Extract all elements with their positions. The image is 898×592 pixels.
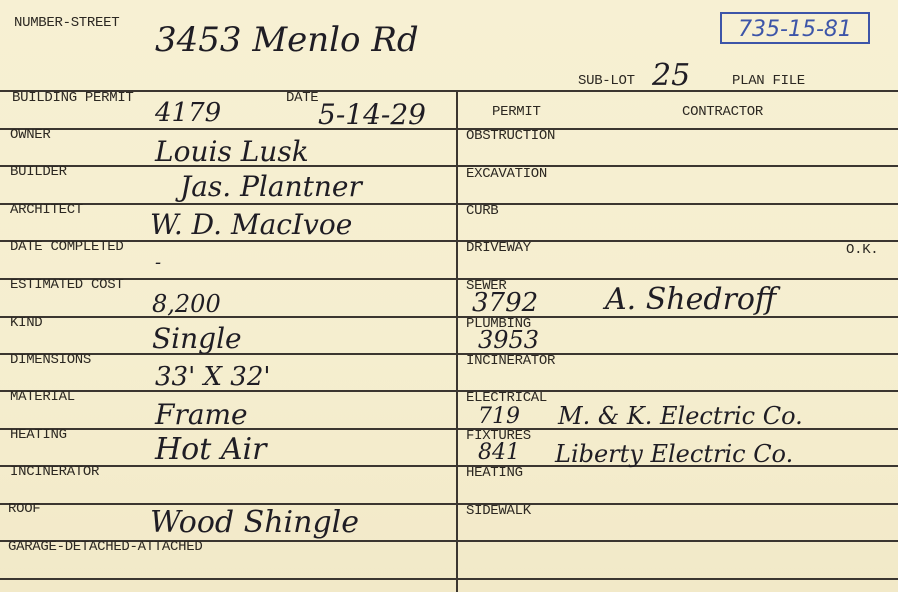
permit-column-header: PERMIT [492,104,541,120]
rule-line [0,578,898,580]
heating-label: HEATING [10,427,67,443]
rule-line [0,503,898,505]
permit-card: NUMBER-STREET 3453 Menlo Rd 735-15-81 SU… [0,0,898,592]
estimated-cost-label: ESTIMATED COST [10,277,123,293]
sidewalk-label: SIDEWALK [466,503,531,519]
builder-label: BUILDER [10,164,67,180]
contractor-column-header: CONTRACTOR [682,104,763,120]
plan-file-label: PLAN FILE [732,73,805,89]
owner-value: Louis Lusk [155,135,309,168]
sewer-contractor: A. Shedroff [605,282,776,317]
sewer-permit: 3792 [472,288,538,318]
incinerator-label: INCINERATOR [10,464,99,480]
sub-lot-value: 25 [652,58,690,93]
building-permit-value: 4179 [155,98,221,128]
roof-value: Wood Shingle [150,505,359,540]
builder-value: Jas. Plantner [180,170,362,203]
material-value: Frame [155,398,248,431]
obstruction-label: OBSTRUCTION [466,128,555,144]
rule-line [0,128,898,130]
architect-value: W. D. MacIvoe [150,208,352,241]
owner-label: OWNER [10,127,51,143]
rule-line [0,165,898,167]
dimensions-label: DIMENSIONS [10,352,91,368]
rule-line [0,203,898,205]
building-permit-label: BUILDING PERMIT [12,90,134,106]
rule-line [0,90,898,92]
rule-line [0,390,898,392]
rule-line [0,353,898,355]
date-label: DATE [286,90,318,106]
incinerator-permit-label: INCINERATOR [466,353,555,369]
driveway-label: DRIVEWAY [466,240,531,256]
architect-label: ARCHITECT [10,202,83,218]
driveway-status: O.K. [846,242,878,258]
number-street-value: 3453 Menlo Rd [155,20,419,60]
roof-label: ROOF [8,501,40,517]
estimated-cost-value: 8,200 [152,290,221,318]
fixtures-contractor: Liberty Electric Co. [555,440,793,468]
curb-label: CURB [466,203,498,219]
heating-value: Hot Air [155,432,266,467]
kind-value: Single [152,322,242,355]
column-divider [456,90,458,592]
date-value: 5-14-29 [318,98,426,131]
electrical-permit: 719 [478,404,520,429]
date-completed-label: DATE COMPLETED [10,239,123,255]
dimensions-value: 33' X 32' [155,362,271,392]
kind-label: KIND [10,315,42,331]
number-street-label: NUMBER-STREET [14,15,119,31]
rule-line [0,240,898,242]
electrical-contractor: M. & K. Electric Co. [558,402,803,430]
date-completed-value: - [155,252,161,273]
fixtures-permit: 841 [478,440,520,465]
sub-lot-label: SUB-LOT [578,73,635,89]
material-label: MATERIAL [10,389,75,405]
card-number-stamp: 735-15-81 [720,12,870,44]
rule-line [0,278,898,280]
garage-label: GARAGE-DETACHED-ATTACHED [8,539,202,555]
heating-permit-label: HEATING [466,465,523,481]
excavation-label: EXCAVATION [466,166,547,182]
plumbing-permit: 3953 [478,326,539,354]
